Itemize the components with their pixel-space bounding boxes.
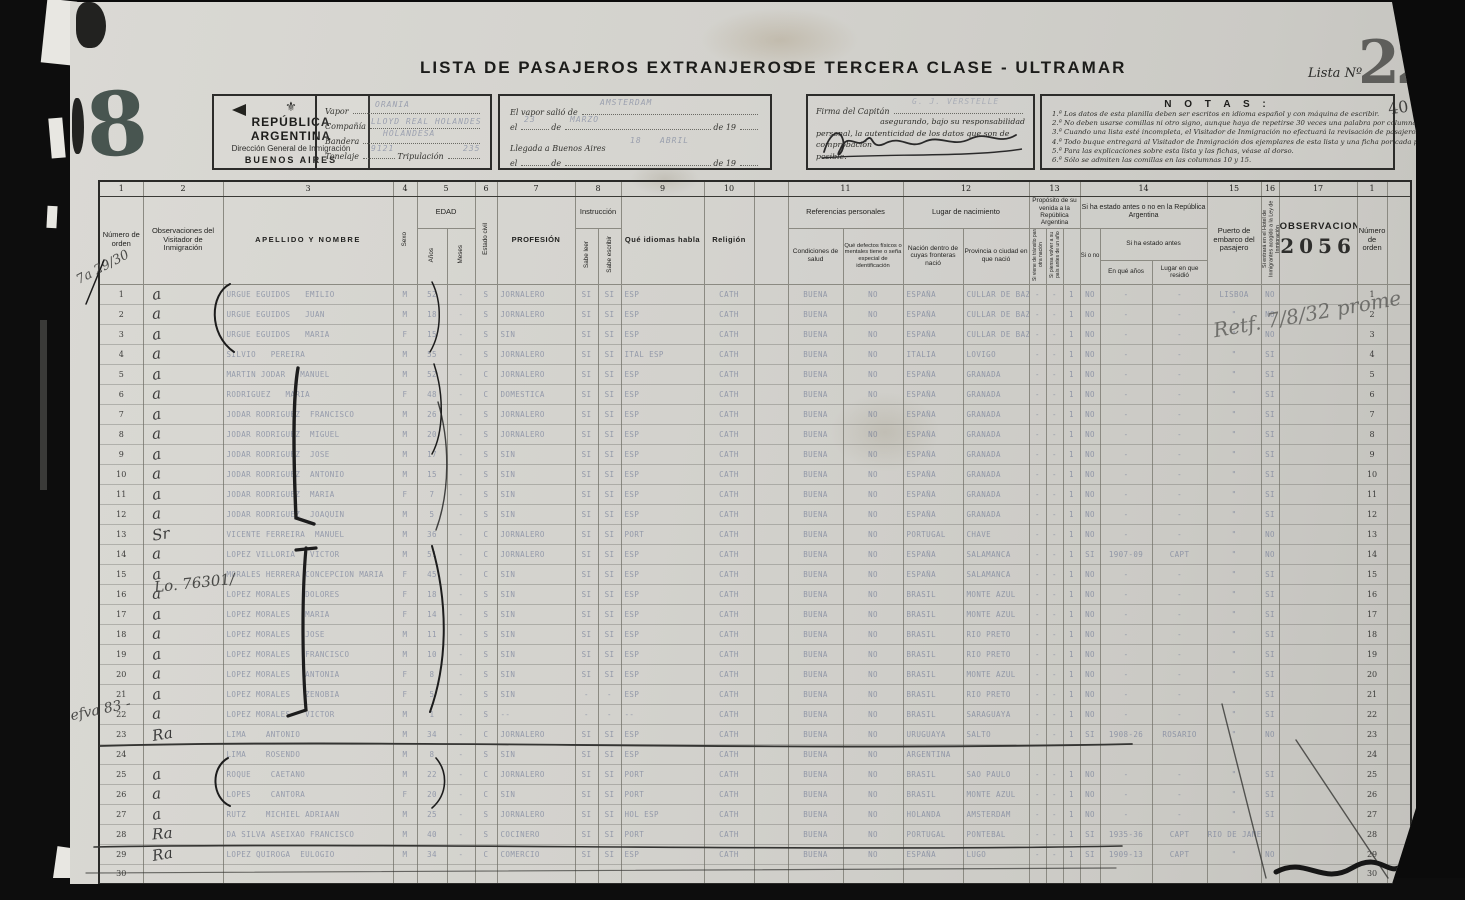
col-number: 16: [1261, 181, 1279, 196]
cell-anos: -: [1100, 324, 1152, 344]
de19-label: de 19: [713, 123, 736, 132]
cell-hot: SI: [1261, 664, 1279, 684]
cell-rel: CATH: [704, 284, 754, 304]
cell-prov: CULLAR DE BAZA: [963, 304, 1029, 324]
cell-prov: SARAGUAYA: [963, 704, 1029, 724]
cell-m: -: [447, 744, 475, 764]
cell-o17: [1279, 784, 1357, 804]
header-proposito: Propósito de su venida a la República Ar…: [1029, 196, 1080, 228]
cell-a: 34: [417, 724, 447, 744]
cell-prof: SIN: [497, 444, 575, 464]
cell-prov: GRANADA: [963, 364, 1029, 384]
tripulacion-label: Tripulación: [397, 152, 443, 161]
cell-x1: -: [1029, 444, 1046, 464]
cell-sal: BUENA: [788, 744, 843, 764]
cell-m: -: [447, 704, 475, 724]
cell-nac: ITALIA: [903, 344, 963, 364]
header-sabe-escribir: Sabe escribir: [598, 228, 621, 284]
cell-x1: -: [1029, 424, 1046, 444]
cell-m: -: [447, 564, 475, 584]
cell-prof: SIN: [497, 744, 575, 764]
cell-idi: ITAL ESP: [621, 344, 704, 364]
cell-ec: C: [475, 364, 497, 384]
el-label: el: [510, 123, 517, 132]
col-number: 12: [903, 181, 1029, 196]
cell-rel: CATH: [704, 544, 754, 564]
cell-n: 12: [99, 504, 143, 524]
header-idiomas: Qué idiomas habla: [621, 196, 704, 284]
cell-se: SI: [598, 384, 621, 404]
cell-sl: SI: [575, 824, 598, 844]
cell-def: NO: [843, 564, 903, 584]
cell-prof: JORNALERO: [497, 524, 575, 544]
cell-def: NO: [843, 344, 903, 364]
cell-se: SI: [598, 364, 621, 384]
cell-n: 16: [99, 584, 143, 604]
cell-rel: CATH: [704, 724, 754, 744]
cell-edge: [1387, 724, 1411, 744]
cell-anos: -: [1100, 484, 1152, 504]
cell-sal: BUENA: [788, 524, 843, 544]
cell-edge: [1387, 324, 1411, 344]
cell-sino: NO: [1080, 584, 1100, 604]
cell-x2: -: [1046, 344, 1063, 364]
cell-o17: [1279, 824, 1357, 844]
cell-sl: SI: [575, 584, 598, 604]
cell-x2: -: [1046, 404, 1063, 424]
cell-a: 51: [417, 544, 447, 564]
cell-rel: CATH: [704, 684, 754, 704]
ink-blot: [72, 98, 84, 154]
cell-ec: S: [475, 444, 497, 464]
cell-n: 5: [99, 364, 143, 384]
header-puerto: Puerto de embarco del pasajero: [1207, 196, 1261, 284]
cell-n2: 3: [1357, 324, 1387, 344]
cell-hot: SI: [1261, 384, 1279, 404]
cell-gap: [754, 724, 788, 744]
cell-sino: NO: [1080, 704, 1100, 724]
cell-prov: GRANADA: [963, 384, 1029, 404]
table-row: 26aLOPES CANTORAF20-CSINSISIPORTCATHBUEN…: [99, 784, 1411, 804]
cell-n: 30: [99, 864, 143, 884]
cell-edge: [1387, 504, 1411, 524]
cell-sx: F: [393, 684, 417, 704]
cell-prof: JORNALERO: [497, 304, 575, 324]
cell-def: NO: [843, 684, 903, 704]
cell-se: SI: [598, 344, 621, 364]
cell-x3: 1: [1063, 424, 1080, 444]
cell-rel: CATH: [704, 344, 754, 364]
cell-n: 2: [99, 304, 143, 324]
cell-sl: [575, 864, 598, 884]
cell-rel: CATH: [704, 824, 754, 844]
cell-name: LOPEZ MORALES FRANCISCO: [223, 644, 393, 664]
cell-anos: -: [1100, 344, 1152, 364]
cell-n2: 11: [1357, 484, 1387, 504]
cell-sino: NO: [1080, 464, 1100, 484]
col-number: 2: [143, 181, 223, 196]
cell-idi: ESP: [621, 684, 704, 704]
cell-n: 18: [99, 624, 143, 644]
header-profesion: PROFESIÓN: [497, 196, 575, 284]
cell-hot: SI: [1261, 364, 1279, 384]
cell-sx: M: [393, 624, 417, 644]
cell-ec: C: [475, 844, 497, 864]
cell-sino: [1080, 864, 1100, 884]
cell-lugar: -: [1152, 624, 1207, 644]
cell-gap: [754, 284, 788, 304]
cell-sino: NO: [1080, 384, 1100, 404]
header-sexo: Sexo: [393, 196, 417, 284]
table-row: 23RaLIMA ANTONIOM34-CJORNALEROSISIESPCAT…: [99, 724, 1411, 744]
cell-idi: ESP: [621, 404, 704, 424]
cell-x1: -: [1029, 624, 1046, 644]
cell-nac: ESPAÑA: [903, 544, 963, 564]
cell-idi: ESP: [621, 844, 704, 864]
cell-def: NO: [843, 444, 903, 464]
cell-n: 3: [99, 324, 143, 344]
cell-ec: C: [475, 724, 497, 744]
cell-prof: DOMESTICA: [497, 384, 575, 404]
nota-item: 2.ª No deben usarse comillas ni otro sig…: [1052, 119, 1383, 128]
header-observaciones: OBSERVACIONES2056: [1279, 196, 1357, 284]
cell-name: RUTZ MICHIEL ADRIAAN: [223, 804, 393, 824]
cell-x3: 1: [1063, 684, 1080, 704]
cell-obs: a: [143, 424, 223, 444]
cell-anos: [1100, 744, 1152, 764]
cell-pto: ": [1207, 804, 1261, 824]
cell-n2: 20: [1357, 664, 1387, 684]
header-estado-civil: Estado civil: [475, 196, 497, 284]
cell-def: [843, 864, 903, 884]
cell-se: [598, 864, 621, 884]
cell-x3: 1: [1063, 404, 1080, 424]
photo-of-ledger: { "page": { "title_left": "LISTA DE PASA…: [0, 0, 1465, 900]
cell-rel: CATH: [704, 384, 754, 404]
cell-m: -: [447, 524, 475, 544]
stamp-2056: 2056: [1280, 235, 1357, 258]
cell-def: NO: [843, 584, 903, 604]
cell-ec: S: [475, 604, 497, 624]
cell-ec: S: [475, 804, 497, 824]
cell-nac: BRASIL: [903, 604, 963, 624]
col-number: 7: [497, 181, 575, 196]
cell-x1: -: [1029, 644, 1046, 664]
cell-x1: -: [1029, 804, 1046, 824]
cell-a: 8: [417, 664, 447, 684]
cell-x3: 1: [1063, 664, 1080, 684]
de-label: de: [551, 123, 561, 132]
cell-x1: -: [1029, 684, 1046, 704]
cell-ec: S: [475, 744, 497, 764]
salida-lugar: AMSTERDAM: [600, 98, 652, 107]
header-defectos: Qué defectos físicos o mentales tiene o …: [843, 228, 903, 284]
cell-name: LIMA ANTONIO: [223, 724, 393, 744]
cell-hot: SI: [1261, 704, 1279, 724]
cell-edge: [1387, 804, 1411, 824]
cell-obs: a: [143, 624, 223, 644]
cell-nac: ESPAÑA: [903, 304, 963, 324]
cell-a: 15: [417, 324, 447, 344]
cell-gap: [754, 304, 788, 324]
cell-m: -: [447, 404, 475, 424]
cell-gap: [754, 324, 788, 344]
cell-m: -: [447, 804, 475, 824]
cell-anos: -: [1100, 644, 1152, 664]
col-number: 14: [1080, 181, 1207, 196]
cell-lugar: ROSARIO: [1152, 724, 1207, 744]
cell-ec: S: [475, 624, 497, 644]
cell-prov: GRANADA: [963, 404, 1029, 424]
cell-se: SI: [598, 404, 621, 424]
cell-prov: [963, 864, 1029, 884]
cell-se: SI: [598, 664, 621, 684]
cell-m: -: [447, 444, 475, 464]
header-instruccion: Instrucción: [575, 196, 621, 228]
cell-prof: SIN: [497, 584, 575, 604]
cell-x3: 1: [1063, 644, 1080, 664]
cell-prov: AMSTERDAM: [963, 804, 1029, 824]
cell-se: -: [598, 684, 621, 704]
cell-n: 1: [99, 284, 143, 304]
cell-obs: a: [143, 324, 223, 344]
cell-sl: SI: [575, 624, 598, 644]
cell-gap: [754, 744, 788, 764]
cell-n2: 29: [1357, 844, 1387, 864]
cell-ec: S: [475, 644, 497, 664]
cell-edge: [1387, 684, 1411, 704]
cell-prof: SIN: [497, 464, 575, 484]
cell-m: -: [447, 324, 475, 344]
cell-pto: ": [1207, 484, 1261, 504]
cell-sl: SI: [575, 524, 598, 544]
cell-def: NO: [843, 424, 903, 444]
cell-sino: [1080, 744, 1100, 764]
cell-edge: [1387, 384, 1411, 404]
cell-x2: -: [1046, 284, 1063, 304]
cell-lugar: -: [1152, 684, 1207, 704]
cell-se: SI: [598, 444, 621, 464]
cell-idi: ESP: [621, 324, 704, 344]
cell-x3: 1: [1063, 804, 1080, 824]
cell-pto: ": [1207, 564, 1261, 584]
cell-m: -: [447, 644, 475, 664]
cell-n2: 6: [1357, 384, 1387, 404]
cell-o17: [1279, 444, 1357, 464]
cell-pto: ": [1207, 704, 1261, 724]
cell-hot: NO: [1261, 524, 1279, 544]
cell-sino: NO: [1080, 504, 1100, 524]
cell-obs: a: [143, 344, 223, 364]
cell-rel: CATH: [704, 584, 754, 604]
cell-se: -: [598, 704, 621, 724]
cell-o17: [1279, 744, 1357, 764]
cell-edge: [1387, 704, 1411, 724]
cell-o17: [1279, 424, 1357, 444]
cell-ec: C: [475, 544, 497, 564]
table-row: 6aRODRIGUEZ MARIAF48-CDOMESTICASISIESPCA…: [99, 384, 1411, 404]
cell-o17: [1279, 344, 1357, 364]
table-row: 11aJODAR RODRIGUEZ MARIAF7-SSINSISIESPCA…: [99, 484, 1411, 504]
captain-signature-box: Firma del CapitánG. J. VERSTELLE asegura…: [806, 94, 1035, 170]
cell-sl: SI: [575, 784, 598, 804]
cell-m: -: [447, 364, 475, 384]
de-label: de: [551, 159, 561, 168]
cell-pto: LISBOA: [1207, 284, 1261, 304]
cell-sx: M: [393, 504, 417, 524]
voyage-box: El vapor salió deAMSTERDAM eldede 1923MA…: [498, 94, 772, 170]
cell-nac: BRASIL: [903, 664, 963, 684]
cell-obs: [143, 864, 223, 884]
cell-edge: [1387, 404, 1411, 424]
cell-x1: [1029, 864, 1046, 884]
cell-prof: JORNALERO: [497, 764, 575, 784]
col-number: 5: [417, 181, 475, 196]
cell-sino: SI: [1080, 724, 1100, 744]
header-edad: EDAD: [417, 196, 475, 228]
cell-o17: [1279, 724, 1357, 744]
cell-anos: 1908-26: [1100, 724, 1152, 744]
cell-lugar: -: [1152, 484, 1207, 504]
cell-lugar: -: [1152, 604, 1207, 624]
cell-n2: 13: [1357, 524, 1387, 544]
cell-pto: ": [1207, 404, 1261, 424]
cell-x2: [1046, 744, 1063, 764]
cell-sino: NO: [1080, 764, 1100, 784]
tripulacion-value: 235: [463, 144, 480, 153]
cell-gap: [754, 544, 788, 564]
cell-idi: ESP: [621, 444, 704, 464]
cell-x2: -: [1046, 464, 1063, 484]
ink-blot: [76, 2, 106, 48]
cell-obs: a: [143, 444, 223, 464]
cell-rel: CATH: [704, 304, 754, 324]
cell-def: NO: [843, 504, 903, 524]
cell-o17: [1279, 404, 1357, 424]
cell-prof: SIN: [497, 624, 575, 644]
cell-n: 26: [99, 784, 143, 804]
cell-idi: ESP: [621, 304, 704, 324]
cell-idi: ESP: [621, 644, 704, 664]
cell-rel: CATH: [704, 784, 754, 804]
header-nacion: Nación dentro de cuyas fronteras nació: [903, 228, 963, 284]
cell-sal: BUENA: [788, 284, 843, 304]
cell-prof: JORNALERO: [497, 364, 575, 384]
cell-prof: JORNALERO: [497, 424, 575, 444]
cell-prof: SIN: [497, 644, 575, 664]
cell-x3: 1: [1063, 344, 1080, 364]
cell-n: 28: [99, 824, 143, 844]
cell-name: DA SILVA ASEIXAO FRANCISCO: [223, 824, 393, 844]
cell-pto: ": [1207, 604, 1261, 624]
cell-sino: NO: [1080, 784, 1100, 804]
cell-anos: -: [1100, 564, 1152, 584]
cell-pto: ": [1207, 644, 1261, 664]
col-number: 1: [99, 181, 143, 196]
cell-x3: 1: [1063, 324, 1080, 344]
cell-ec: S: [475, 324, 497, 344]
cell-pto: ": [1207, 424, 1261, 444]
cell-anos: -: [1100, 424, 1152, 444]
cell-nac: ESPAÑA: [903, 484, 963, 504]
table-row: 25aROQUE CAETANOM22-CJORNALEROSISIPORTCA…: [99, 764, 1411, 784]
cell-x2: -: [1046, 364, 1063, 384]
cell-sx: M: [393, 464, 417, 484]
cell-prov: MONTE AZUL: [963, 584, 1029, 604]
cell-n2: 10: [1357, 464, 1387, 484]
cell-x1: -: [1029, 304, 1046, 324]
cell-anos: -: [1100, 504, 1152, 524]
table-row: 20aLOPEZ MORALES ANTONIAF8-SSINSISIESPCA…: [99, 664, 1411, 684]
cell-name: JODAR RODRIGUEZ MARIA: [223, 484, 393, 504]
cell-lugar: [1152, 744, 1207, 764]
cell-sx: M: [393, 644, 417, 664]
cell-idi: PORT: [621, 524, 704, 544]
cell-def: NO: [843, 664, 903, 684]
cell-m: -: [447, 684, 475, 704]
cell-lugar: -: [1152, 304, 1207, 324]
cell-prov: CHAVE: [963, 524, 1029, 544]
cell-x2: -: [1046, 844, 1063, 864]
cell-x3: 1: [1063, 284, 1080, 304]
cell-sx: M: [393, 744, 417, 764]
cell-x2: -: [1046, 524, 1063, 544]
cell-o17: [1279, 564, 1357, 584]
corner-number-stamp: 8: [82, 70, 150, 178]
header-row-groups: Número de orden Observaciones del Visita…: [99, 196, 1411, 228]
cell-edge: [1387, 664, 1411, 684]
cell-x1: -: [1029, 464, 1046, 484]
cell-name: LOPEZ VILLORIA VICTOR: [223, 544, 393, 564]
cell-anos: -: [1100, 664, 1152, 684]
cell-obs: a: [143, 464, 223, 484]
cell-name: JODAR RODRIGUEZ MIGUEL: [223, 424, 393, 444]
cell-hot: SI: [1261, 464, 1279, 484]
cell-n2: 27: [1357, 804, 1387, 824]
cell-n: 7: [99, 404, 143, 424]
cell-edge: [1387, 564, 1411, 584]
cell-hot: NO: [1261, 284, 1279, 304]
cell-sl: SI: [575, 344, 598, 364]
cell-sl: SI: [575, 464, 598, 484]
cell-x1: -: [1029, 504, 1046, 524]
cell-sx: F: [393, 564, 417, 584]
cell-o17: [1279, 864, 1357, 884]
cell-x3: [1063, 864, 1080, 884]
cell-se: SI: [598, 424, 621, 444]
cell-x3: 1: [1063, 724, 1080, 744]
cell-sx: F: [393, 384, 417, 404]
table-row: 4aSILVIO PEREIRAM55-SJORNALEROSISIITAL E…: [99, 344, 1411, 364]
cell-x1: -: [1029, 564, 1046, 584]
cell-x1: -: [1029, 784, 1046, 804]
header-provincia: Provincia o ciudad en que nació: [963, 228, 1029, 284]
cell-name: JODAR RODRIGUEZ ANTONIO: [223, 464, 393, 484]
cell-obs: a: [143, 664, 223, 684]
cell-obs: a: [143, 784, 223, 804]
col-number: 9: [621, 181, 704, 196]
cell-x2: -: [1046, 424, 1063, 444]
nota-item: 6.ª Sólo se admiten las comillas en las …: [1052, 156, 1383, 165]
cell-lugar: -: [1152, 784, 1207, 804]
cell-a: 10: [417, 644, 447, 664]
cell-nac: URUGUAYA: [903, 724, 963, 744]
header-condiciones-salud: Condiciones de salud: [788, 228, 843, 284]
table-row: 9aJODAR RODRIGUEZ JOSEM17-SSINSISIESPCAT…: [99, 444, 1411, 464]
col-number: 11: [788, 181, 903, 196]
cell-rel: CATH: [704, 604, 754, 624]
page-edge-shard: [46, 206, 57, 228]
